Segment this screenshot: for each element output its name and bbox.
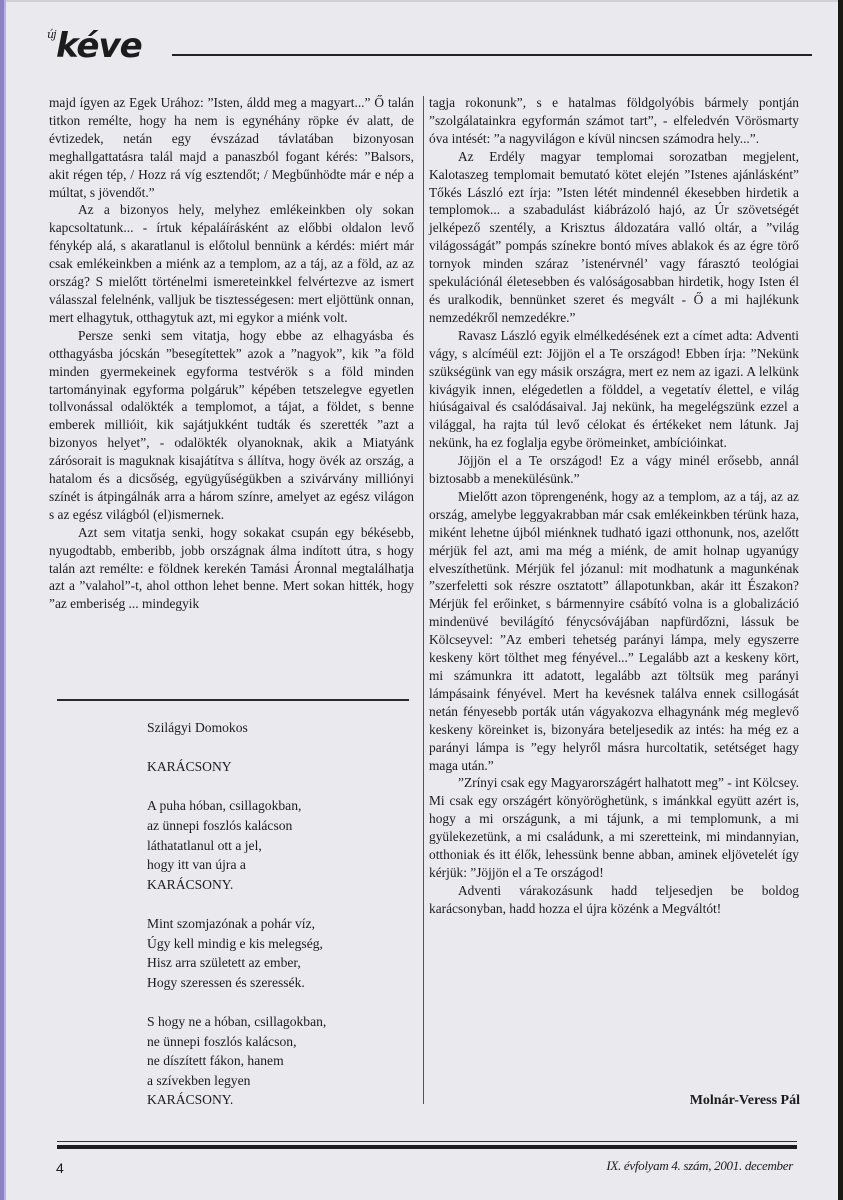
poem-line: a szívekben legyen <box>147 1071 407 1091</box>
masthead: új kéve <box>44 26 814 70</box>
poem-line: Mint szomjazónak a pohár víz, <box>147 914 407 934</box>
page-right-edge <box>838 0 843 1200</box>
poem-title: KARÁCSONY <box>147 757 407 777</box>
poem-line: A puha hóban, csillagokban, <box>147 796 407 816</box>
paragraph: tagja rokonunk”, s e hatalmas földgolyób… <box>429 94 799 148</box>
masthead-rule <box>172 54 812 56</box>
poem-line: Hogy szeressen és szeressék. <box>147 973 407 993</box>
paragraph: Mielőtt azon töprengenénk, hogy az a tem… <box>429 488 799 775</box>
paragraph: Jöjjön el a Te országod! Ez a vágy minél… <box>429 452 799 488</box>
poem-line: KARÁCSONY. <box>147 875 407 895</box>
poem: Szilágyi Domokos KARÁCSONY A puha hóban,… <box>147 718 407 1110</box>
paragraph: Persze senki sem vitatja, hogy ebbe az e… <box>49 327 414 524</box>
poem-line: Hisz arra született az ember, <box>147 953 407 973</box>
logo-title: kéve <box>56 26 142 66</box>
page-left-border-inner <box>4 0 6 1200</box>
article-author: Molnár-Veress Pál <box>560 1093 800 1109</box>
poem-line: az ünnepi foszlós kalácson <box>147 816 407 836</box>
article-right-column: tagja rokonunk”, s e hatalmas földgolyób… <box>429 94 799 918</box>
paragraph: Az Erdély magyar templomai sorozatban me… <box>429 148 799 327</box>
poem-line: KARÁCSONY. <box>147 1090 407 1110</box>
poem-line: Úgy kell mindig e kis melegség, <box>147 934 407 954</box>
logo-prefix: új <box>47 28 56 41</box>
footer-rule-thin <box>57 1141 797 1142</box>
page-top-edge <box>0 0 843 2</box>
page-number: 4 <box>56 1160 64 1176</box>
column-separator <box>423 96 424 1104</box>
article-left-column: majd ígyen az Egek Urához: ”Isten, áldd … <box>49 94 414 613</box>
poem-author: Szilágyi Domokos <box>147 718 407 738</box>
poem-line: láthatatlanul ott a jel, <box>147 836 407 856</box>
paragraph: Azt sem vitatja senki, hogy sokakat csup… <box>49 524 414 614</box>
section-divider <box>57 699 409 701</box>
poem-line: hogy itt van újra a <box>147 855 407 875</box>
paragraph: Adventi várakozásunk hadd teljesedjen be… <box>429 882 799 918</box>
issue-info: IX. évfolyam 4. szám, 2001. december <box>606 1158 793 1174</box>
poem-line: ne ünnepi foszlós kalácson, <box>147 1032 407 1052</box>
poem-line: ne díszített fákon, hanem <box>147 1051 407 1071</box>
paragraph: Ravasz László egyik elmélkedésének ezt a… <box>429 327 799 452</box>
paragraph: ”Zrínyi csak egy Magyarországért halhato… <box>429 774 799 881</box>
poem-line: S hogy ne a hóban, csillagokban, <box>147 1012 407 1032</box>
paragraph: majd ígyen az Egek Urához: ”Isten, áldd … <box>49 94 414 201</box>
paragraph: Az a bizonyos hely, melyhez emlékeinkben… <box>49 201 414 326</box>
footer-rule-thick <box>57 1145 797 1149</box>
